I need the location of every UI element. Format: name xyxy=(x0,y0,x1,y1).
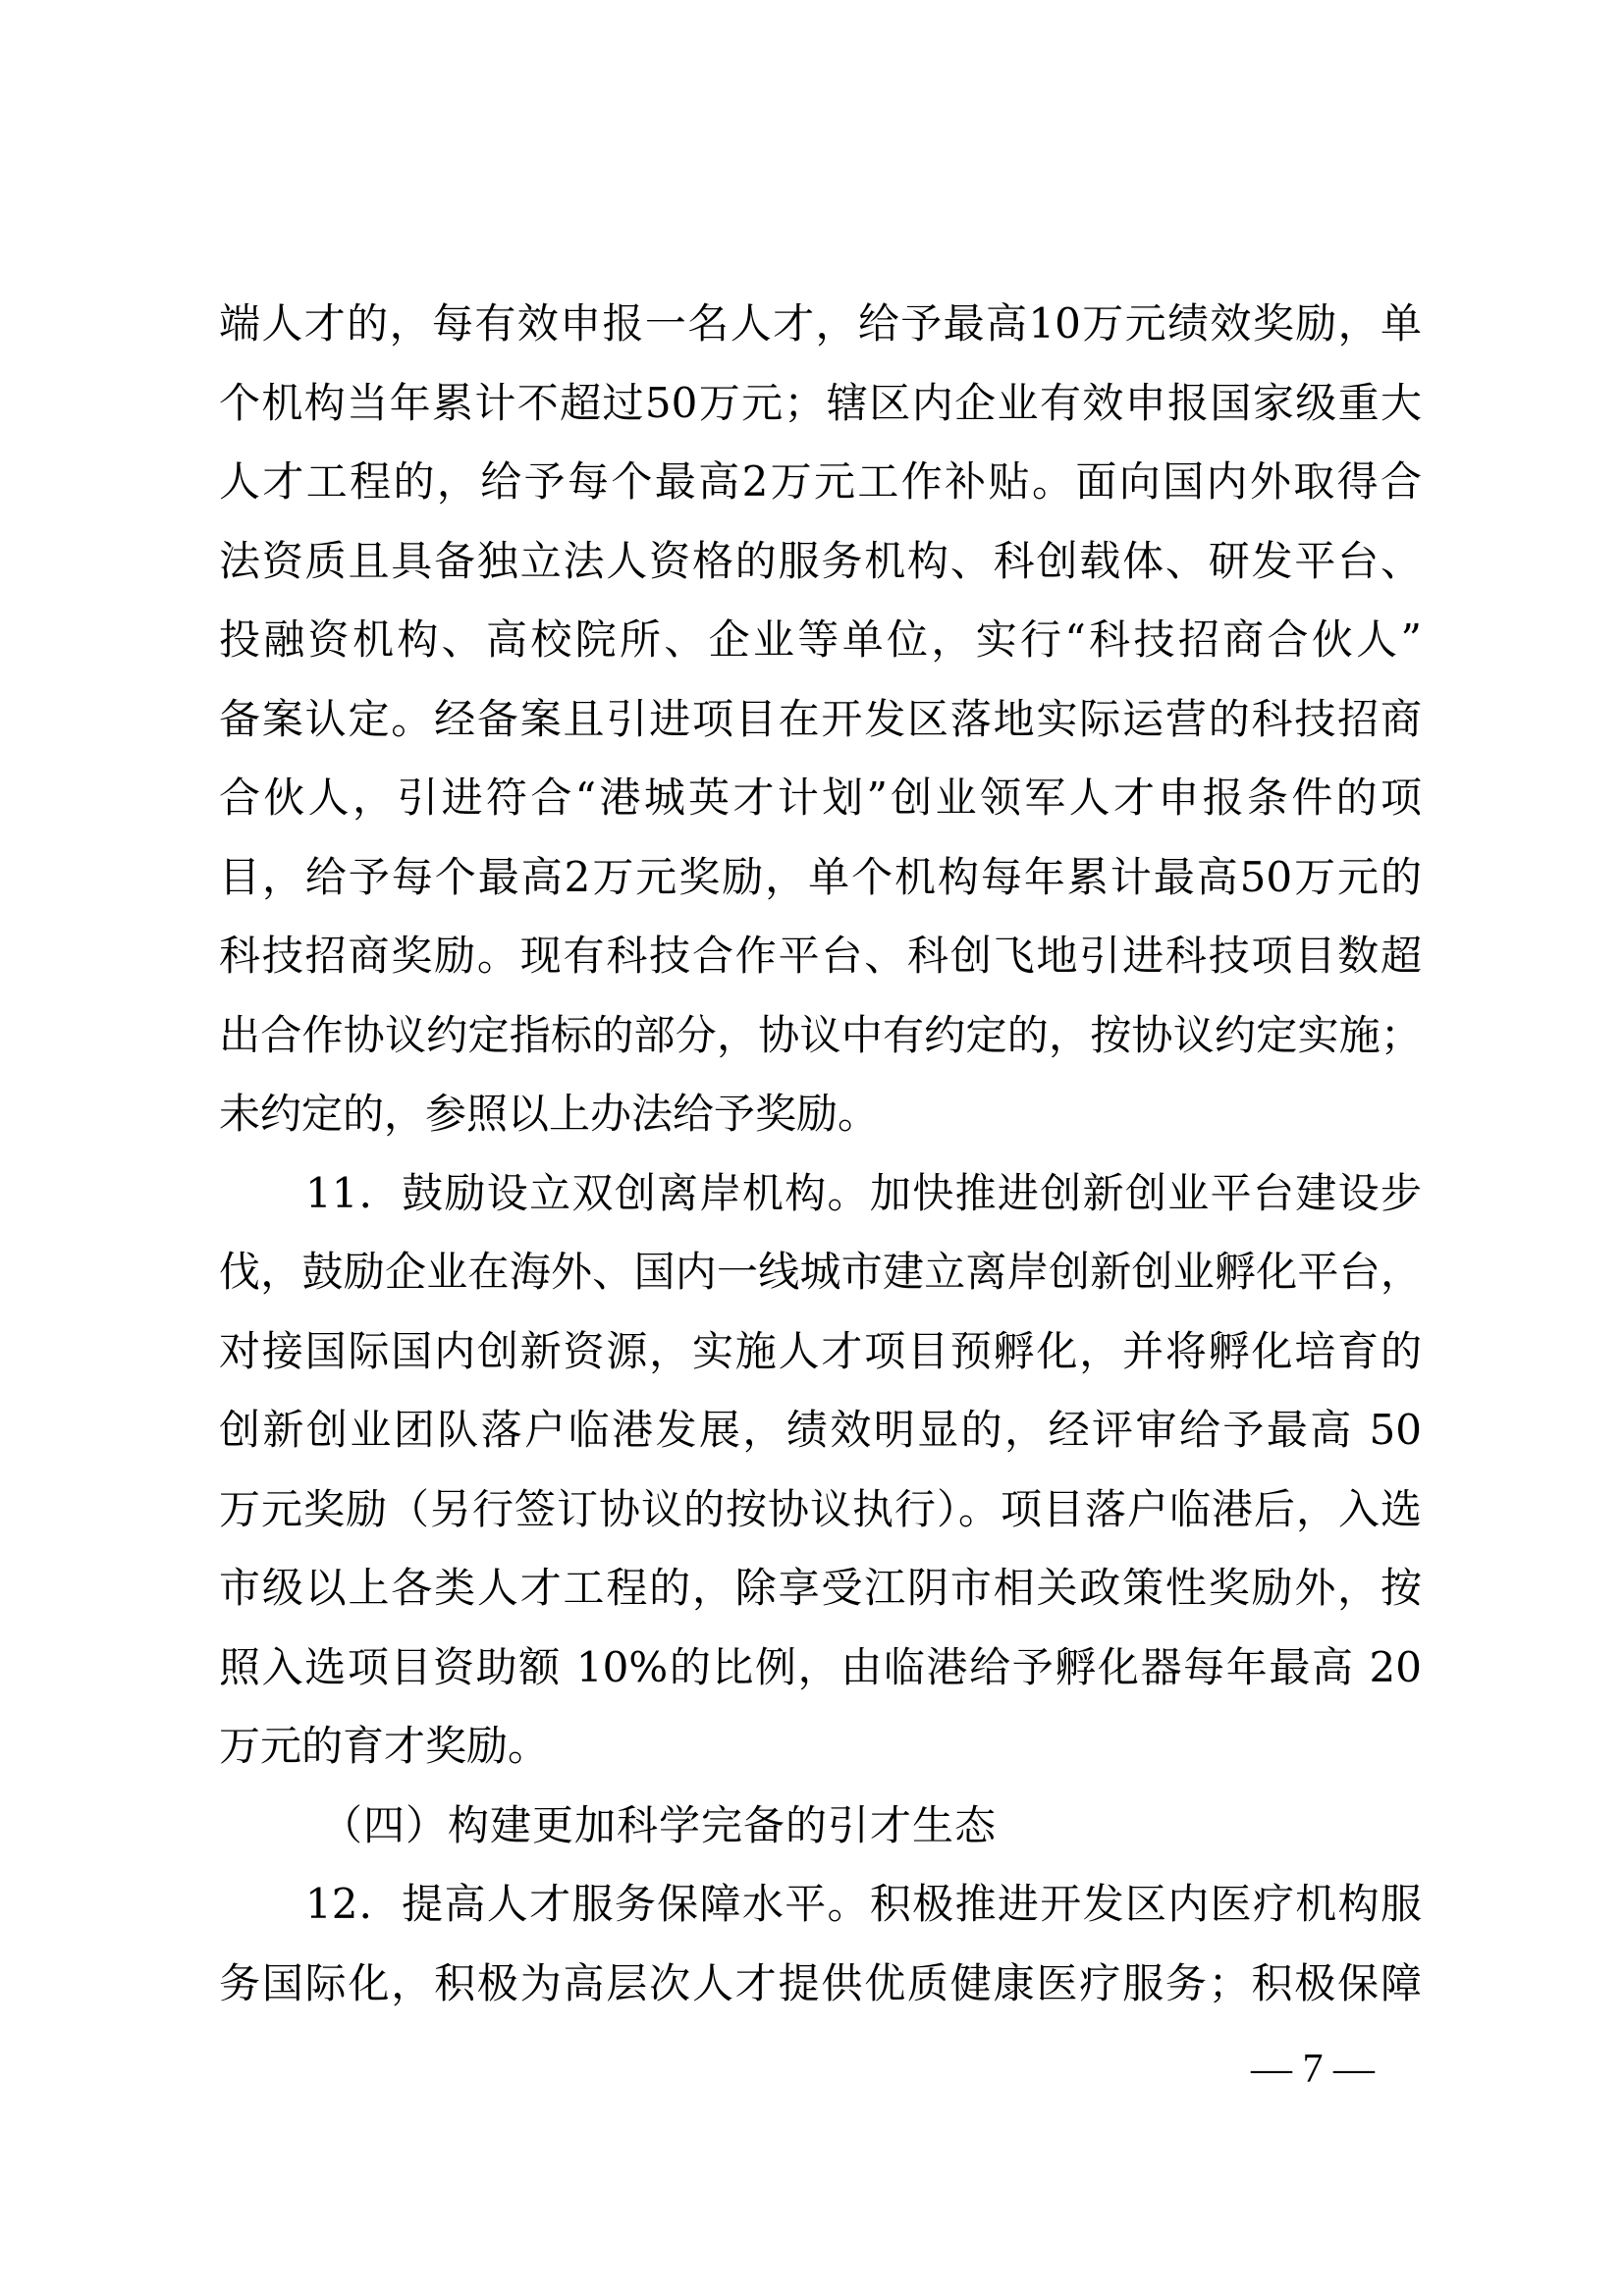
section-heading: （四）构建更加科学完备的引才生态 xyxy=(219,1796,1422,1876)
paragraph-line: 市级以上各类人才工程的，除享受江阴市相关政策性奖励外，按 xyxy=(219,1559,1422,1638)
paragraph-line: 务国际化，积极为高层次人才提供优质健康医疗服务；积极保障 xyxy=(219,1954,1422,2034)
document-page: 端人才的，每有效申报一名人才，给予最高10万元绩效奖励，单 个机构当年累计不超过… xyxy=(0,0,1624,2296)
paragraph-line: 目，给予每个最高2万元奖励，单个机构每年累计最高50万元的 xyxy=(219,848,1422,928)
paragraph-line: 人才工程的，给予每个最高2万元工作补贴。面向国内外取得合 xyxy=(219,453,1422,532)
paragraph-line: 出合作协议约定指标的部分，协议中有约定的，按协议约定实施； xyxy=(219,1006,1422,1086)
paragraph-line: 个机构当年累计不超过50万元；辖区内企业有效申报国家级重大 xyxy=(219,374,1422,454)
paragraph-line: 端人才的，每有效申报一名人才，给予最高10万元绩效奖励，单 xyxy=(219,294,1422,374)
paragraph-line: 照入选项目资助额 10%的比例，由临港给予孵化器每年最高 20 xyxy=(219,1638,1422,1718)
paragraph-line: 对接国际国内创新资源，实施人才项目预孵化，并将孵化培育的 xyxy=(219,1322,1422,1402)
paragraph-line: 合伙人，引进符合“港城英才计划”创业领军人才申报条件的项 xyxy=(219,769,1422,848)
paragraph-line: 万元的育才奖励。 xyxy=(219,1717,1422,1796)
paragraph-line: 未约定的，参照以上办法给予奖励。 xyxy=(219,1085,1422,1164)
page-number: — 7 — xyxy=(1239,2042,1386,2097)
paragraph-line: 备案认定。经备案且引进项目在开发区落地实际运营的科技招商 xyxy=(219,690,1422,770)
paragraph-line: 创新创业团队落户临港发展，绩效明显的，经评审给予最高 50 xyxy=(219,1401,1422,1480)
paragraph-line: 科技招商奖励。现有科技合作平台、科创飞地引进科技项目数超 xyxy=(219,927,1422,1006)
item-12-first-line: 12．提高人才服务保障水平。积极推进开发区内医疗机构服 xyxy=(219,1875,1422,1954)
item-11-first-line: 11．鼓励设立双创离岸机构。加快推进创新创业平台建设步 xyxy=(219,1164,1422,1244)
paragraph-line: 万元奖励（另行签订协议的按协议执行）。项目落户临港后，入选 xyxy=(219,1480,1422,1560)
body-text: 端人才的，每有效申报一名人才，给予最高10万元绩效奖励，单 个机构当年累计不超过… xyxy=(219,294,1422,2033)
paragraph-line: 伐，鼓励企业在海外、国内一线城市建立离岸创新创业孵化平台， xyxy=(219,1243,1422,1322)
paragraph-line: 法资质且具备独立法人资格的服务机构、科创载体、研发平台、 xyxy=(219,532,1422,612)
paragraph-line: 投融资机构、高校院所、企业等单位，实行“科技招商合伙人” xyxy=(219,611,1422,690)
